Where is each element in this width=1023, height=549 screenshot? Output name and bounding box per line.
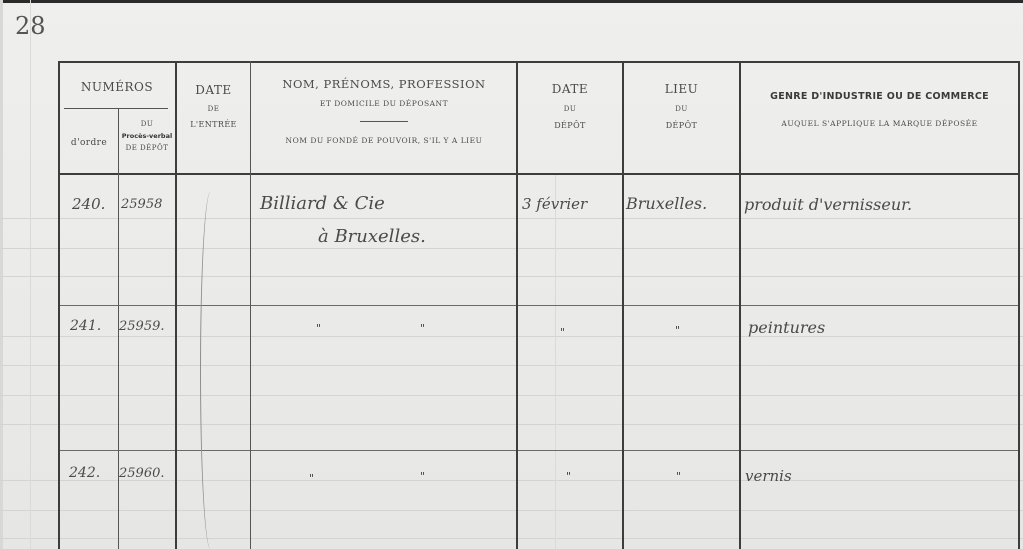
header-date-depot-du: DU bbox=[518, 105, 622, 113]
ruled-line bbox=[0, 248, 1023, 249]
header-lieu-depot-label: DÉPÔT bbox=[624, 121, 739, 130]
header-nom: NOM, PRÉNOMS, PROFESSION ET DOMICILE DU … bbox=[252, 77, 516, 145]
register-page: 28 NUMÉROS d'ordre DU Procès-verbal DE D… bbox=[0, 0, 1023, 549]
entry-lieu-depot: Bruxelles. bbox=[626, 194, 707, 213]
header-genre: GENRE D'INDUSTRIE OU DE COMMERCE AUQUEL … bbox=[741, 91, 1018, 128]
column-border bbox=[175, 61, 177, 549]
entry-ordre: 241. bbox=[70, 318, 101, 334]
page-top-edge bbox=[0, 0, 1023, 3]
entry-deposant-ditto: " bbox=[420, 322, 425, 335]
ruled-line bbox=[0, 538, 1023, 539]
column-border bbox=[516, 61, 518, 549]
entry-genre: produit d'vernisseur. bbox=[744, 195, 912, 214]
entry-deposant-ditto: " bbox=[309, 472, 314, 485]
table-left-border bbox=[58, 61, 60, 549]
entry-date-depot-ditto: " bbox=[566, 470, 571, 483]
entry-deposant-line2: à Bruxelles. bbox=[318, 226, 426, 247]
header-genre-title: GENRE D'INDUSTRIE OU DE COMMERCE bbox=[741, 91, 1018, 102]
entry-deposant-line1: Billiard & Cie bbox=[260, 193, 385, 214]
entry-ordre: 240. bbox=[72, 195, 105, 213]
ruled-line bbox=[0, 276, 1023, 277]
ruled-line bbox=[0, 336, 1023, 337]
numeros-divider bbox=[64, 108, 168, 109]
header-date-entree: DATE DE L'ENTRÉE bbox=[177, 83, 250, 129]
header-numeros-title: NUMÉROS bbox=[60, 80, 174, 94]
header-nom-subtitle: ET DOMICILE DU DÉPOSANT bbox=[252, 99, 516, 108]
header-pv-label: Procès-verbal bbox=[119, 132, 175, 140]
column-border bbox=[739, 61, 741, 549]
column-border bbox=[622, 61, 624, 549]
ruled-line bbox=[0, 424, 1023, 425]
header-date-depot-title: DATE bbox=[518, 82, 622, 96]
header-date-entree-label: L'ENTRÉE bbox=[177, 120, 250, 129]
faint-vertical-line bbox=[555, 175, 556, 549]
ruled-line bbox=[0, 510, 1023, 511]
header-lieu-depot-title: LIEU bbox=[624, 82, 739, 96]
header-genre-subtitle: AUQUEL S'APPLIQUE LA MARQUE DÉPOSÉE bbox=[741, 119, 1018, 128]
entry-proces-verbal: 25959. bbox=[119, 319, 165, 334]
header-nom-title: NOM, PRÉNOMS, PROFESSION bbox=[252, 77, 516, 91]
date-entree-brace bbox=[200, 192, 215, 549]
entry-proces-verbal: 25958 bbox=[121, 197, 162, 212]
ruled-line bbox=[0, 365, 1023, 366]
ruled-line bbox=[0, 395, 1023, 396]
header-bottom-border bbox=[58, 173, 1020, 175]
entry-genre: peintures bbox=[748, 318, 825, 337]
table-right-border bbox=[1018, 61, 1020, 549]
header-date-depot: DATE DU DÉPÔT bbox=[518, 82, 622, 130]
entry-ordre: 242. bbox=[69, 465, 100, 481]
header-numeros: NUMÉROS bbox=[60, 80, 174, 94]
faint-vertical-line bbox=[30, 0, 31, 549]
header-proces-verbal: DU Procès-verbal DE DÉPÔT bbox=[119, 120, 175, 152]
header-lieu-depot-du: DU bbox=[624, 105, 739, 113]
entry-deposant-ditto: " bbox=[316, 322, 321, 335]
header-ordre: d'ordre bbox=[60, 138, 118, 148]
header-pv-depot: DE DÉPÔT bbox=[119, 144, 175, 152]
header-pv-du: DU bbox=[119, 120, 175, 128]
entry-proces-verbal: 25960. bbox=[119, 466, 165, 481]
entry-lieu-depot-ditto: " bbox=[676, 470, 681, 483]
entry-date-depot: 3 février bbox=[522, 195, 587, 213]
page-left-edge bbox=[0, 0, 3, 549]
entry-deposant-ditto: " bbox=[420, 470, 425, 483]
entry-date-depot-ditto: " bbox=[560, 326, 565, 339]
header-date-entree-de: DE bbox=[177, 105, 250, 113]
ruled-line bbox=[0, 218, 1023, 219]
entry-lieu-depot-ditto: " bbox=[675, 324, 680, 337]
entry-genre: vernis bbox=[745, 467, 792, 485]
table-top-border bbox=[58, 61, 1020, 63]
header-date-entree-title: DATE bbox=[177, 83, 250, 97]
column-border bbox=[250, 61, 251, 549]
header-nom-fonde: NOM DU FONDÉ DE POUVOIR, S'IL Y A LIEU bbox=[252, 136, 516, 145]
header-date-depot-label: DÉPÔT bbox=[518, 121, 622, 130]
header-lieu-depot: LIEU DU DÉPÔT bbox=[624, 82, 739, 130]
header-ordre-label: d'ordre bbox=[60, 138, 118, 148]
header-nom-divider bbox=[360, 121, 408, 122]
